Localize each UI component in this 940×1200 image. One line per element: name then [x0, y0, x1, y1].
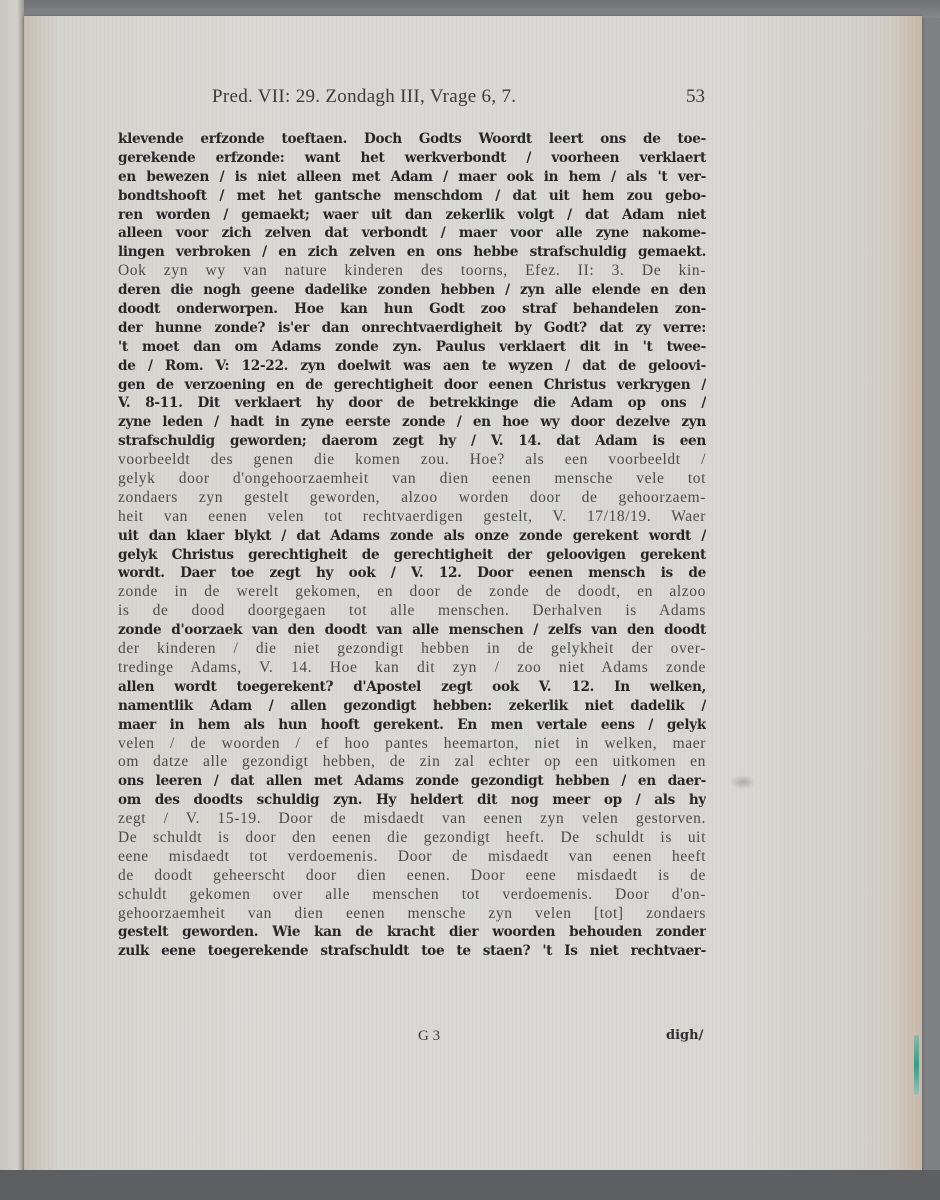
text-line: zonde d'oorzaek van den doodt van alle m… — [118, 621, 706, 640]
text-line: namentlik Adam / allen gezondigt hebben:… — [118, 697, 706, 716]
catchword: digh/ — [666, 1028, 703, 1043]
facing-page-edge — [0, 0, 24, 1200]
text-line: lingen verbroken / en zich zelven en ons… — [118, 243, 706, 262]
text-line: strafschuldig geworden; daerom zegt hy /… — [118, 432, 706, 451]
text-line: is de dood doorgegaen tot alle menschen.… — [118, 602, 706, 621]
text-line: ren worden / gemaekt; waer uit dan zeker… — [118, 206, 706, 225]
text-line: tredinge Adams, V. 14. Hoe kan dit zyn /… — [118, 659, 706, 678]
text-line: bondtshooft / met het gantsche menschdom… — [118, 187, 706, 206]
text-line: zondaers zyn gestelt geworden, alzoo wor… — [118, 489, 706, 508]
text-line: der kinderen / die niet gezondigt hebben… — [118, 640, 706, 659]
text-line: om datze alle gezondigt hebben, de zin z… — [118, 753, 706, 772]
text-line: De schuldt is door den eenen die gezondi… — [118, 829, 706, 848]
text-line: deren die nogh geene dadelike zonden heb… — [118, 281, 706, 300]
text-line: doodt onderworpen. Hoe kan hun Godt zoo … — [118, 300, 706, 319]
text-line: gerekende erfzonde: want het werkverbond… — [118, 149, 706, 168]
text-line: de / Rom. V: 12-22. zyn doelwit was aen … — [118, 357, 706, 376]
text-line: gestelt geworden. Wie kan de kracht dier… — [118, 923, 706, 942]
text-line: voorbeeldt des genen die komen zou. Hoe?… — [118, 451, 706, 470]
page-number: 53 — [686, 86, 705, 108]
text-line: zyne leden / hadt in zyne eerste zonde /… — [118, 413, 706, 432]
text-line: schuldt gekomen over alle menschen tot v… — [118, 886, 706, 905]
text-line: wordt. Daer toe zegt hy ook / V. 12. Doo… — [118, 564, 706, 583]
text-line: de doodt geheerscht door dien eenen. Doo… — [118, 867, 706, 886]
text-line: V. 8-11. Dit verklaert hy door de betrek… — [118, 394, 706, 413]
text-line: allen wordt toegerekent? d'Apostel zegt … — [118, 678, 706, 697]
text-line: en bewezen / is niet alleen met Adam / m… — [118, 168, 706, 187]
text-line: zulk eene toegerekende strafschuldt toe … — [118, 942, 706, 961]
signature-mark: G 3 — [418, 1028, 440, 1045]
text-line: zonde in de werelt gekomen, en door de z… — [118, 583, 706, 602]
text-line: eene misdaedt tot verdoemenis. Door de m… — [118, 848, 706, 867]
scan-backdrop-bottom — [0, 1170, 940, 1200]
text-line: ons leeren / dat allen met Adams zonde g… — [118, 772, 706, 791]
text-line: der hunne zonde? is'er dan onrechtvaerdi… — [118, 319, 706, 338]
running-head: Pred. VII: 29. Zondagh III, Vrage 6, 7. — [212, 86, 712, 108]
text-line: heit van eenen velen tot rechtvaerdigen … — [118, 508, 706, 527]
text-line: gehoorzaemheit van dien eenen mensche zy… — [118, 905, 706, 924]
text-line: 't moet dan om Adams zonde zyn. Paulus v… — [118, 338, 706, 357]
text-line: alleen voor zich zelven dat verbondt / m… — [118, 224, 706, 243]
text-line: klevende erfzonde toeftaen. Doch Godts W… — [118, 130, 706, 149]
text-line: gen de verzoening en de gerechtigheit do… — [118, 376, 706, 395]
text-line: zegt / V. 15-19. Door de misdaedt van ee… — [118, 810, 706, 829]
text-line: gelyk door d'ongehoorzaemheit van dien e… — [118, 470, 706, 489]
text-line: velen / de woorden / ef hoo pantes heema… — [118, 735, 706, 754]
text-line: om des doodts schuldig zyn. Hy heldert d… — [118, 791, 706, 810]
fore-edge-tint — [914, 1035, 919, 1095]
ink-smudge — [730, 775, 756, 789]
body-text: klevende erfzonde toeftaen. Doch Godts W… — [118, 130, 706, 961]
text-line: uit dan klaer blykt / dat Adams zonde al… — [118, 527, 706, 546]
text-line: maer in hem als hun hooft gerekent. En m… — [118, 716, 706, 735]
text-line: Ook zyn wy van nature kinderen des toorn… — [118, 262, 706, 281]
text-line: gelyk Christus gerechtigheit de gerechti… — [118, 546, 706, 565]
